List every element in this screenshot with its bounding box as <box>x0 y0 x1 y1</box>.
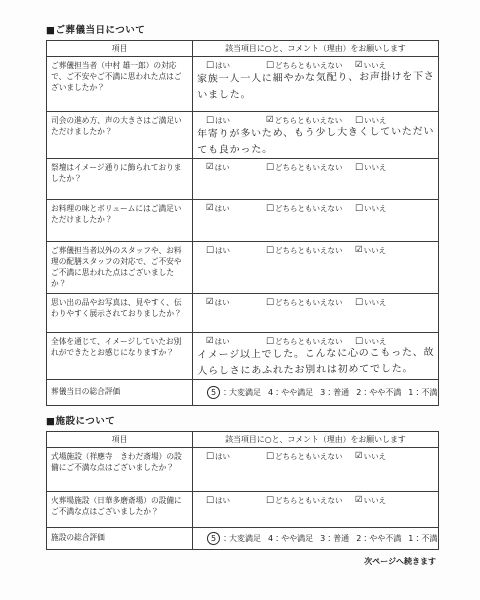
rating-option-label: ：不満 <box>413 387 437 398</box>
option-no: ☑いいえ <box>355 495 386 506</box>
question-text: 祭壇はイメージ通りに飾られておりましたか？ <box>47 159 193 200</box>
answer-cell: ☑はい □どちらともいえない □いいえ <box>193 200 439 242</box>
table-header-row: 項目 該当項目に○と、コメント（理由）をお願いします <box>47 431 439 447</box>
option-yes: □はい <box>206 495 266 506</box>
option-label: はい <box>215 60 230 71</box>
answer-cell: ☑はい □どちらともいえない □いいえ イメージ以上でした。こんなに心のこもった… <box>193 332 439 379</box>
option-yes: ☑はい <box>206 297 266 308</box>
handwritten-comment: 家族一人一人に細やかな気配り、お声掛けを下さいました。 <box>197 69 436 103</box>
rating-option-4: 4：やや満足 <box>268 387 313 398</box>
table-row: 司会の進め方、声の大きさはご満足いただけましたか？ □はい ☑どちらともいえない… <box>47 112 439 159</box>
option-label: はい <box>215 495 230 506</box>
option-label: いいえ <box>364 451 387 462</box>
option-label: どちらともいえない <box>275 495 343 506</box>
option-label: どちらともいえない <box>275 451 343 462</box>
option-label: はい <box>215 336 230 347</box>
checkbox-icon: ☑ <box>355 496 363 505</box>
checkbox-icon: ☑ <box>355 246 363 255</box>
answer-cell: □はい □どちらともいえない ☑いいえ <box>193 447 439 491</box>
section-title-funeral-day: ■ご葬儀当日について <box>46 22 438 36</box>
column-header-answer: 該当項目に○と、コメント（理由）をお願いします <box>193 431 439 447</box>
option-label: どちらともいえない <box>275 162 343 173</box>
column-header-answer: 該当項目に○と、コメント（理由）をお願いします <box>193 41 439 57</box>
answer-cell: ☑はい □どちらともいえない □いいえ <box>193 159 439 200</box>
next-page-note: 次ページへ続きます <box>46 556 438 567</box>
option-label: はい <box>215 115 230 126</box>
rating-option-label: ：やや不満 <box>361 387 401 398</box>
scanned-survey-page: { "document": { "footer_note": "次ページへ続きま… <box>0 0 480 600</box>
rating-scale: 5：大変満足 4：やや満足 3：普通 2：やや不満 1：不満 <box>193 382 438 403</box>
answer-cell: □はい ☑どちらともいえない □いいえ 年寄りが多いため、もう少し大きくしていた… <box>193 112 439 159</box>
checkbox-icon: □ <box>266 61 274 70</box>
option-no: ☑いいえ <box>355 245 386 256</box>
checkbox-icon: □ <box>355 116 363 125</box>
option-no: □いいえ <box>355 297 387 308</box>
selected-rating-circle-icon: 5 <box>207 386 220 399</box>
table-row: 祭壇はイメージ通りに飾られておりましたか？ ☑はい □どちらともいえない □いい… <box>47 159 439 200</box>
checkbox-icon: □ <box>266 496 274 505</box>
rating-option-label: ：大変満足 <box>221 387 261 398</box>
table-header-row: 項目 該当項目に○と、コメント（理由）をお願いします <box>47 41 439 57</box>
column-header-item: 項目 <box>47 41 193 57</box>
table-row: 思い出の品やお写真は、見やすく、伝わりやすく展示されておりましたか？ ☑はい □… <box>47 293 439 332</box>
table-row: お料理の味とボリュームにはご満足いただけましたか？ ☑はい □どちらともいえない… <box>47 200 439 242</box>
option-yes: ☑はい <box>206 203 266 214</box>
rating-option-1: 1：不満 <box>408 533 437 544</box>
question-text: 思い出の品やお写真は、見やすく、伝わりやすく展示されておりましたか？ <box>47 293 193 332</box>
handwritten-comment: イメージ以上でした。こんなに心のこもった、故人らしさにあふれたお別れは初めてでし… <box>197 345 436 379</box>
rating-option-3: 3：普通 <box>320 533 349 544</box>
question-text: お料理の味とボリュームにはご満足いただけましたか？ <box>47 200 193 242</box>
table-row: 火葬場施設（日華多磨斎場）の設備にご不満な点はございましたか？ □はい □どちら… <box>47 491 439 527</box>
option-yes: ☑はい <box>206 162 266 173</box>
option-group: □はい □どちらともいえない ☑いいえ <box>193 492 438 506</box>
checkbox-icon: □ <box>266 337 274 346</box>
option-yes: □はい <box>206 115 266 126</box>
table-row: ご葬儀担当者（中村 雄一郎）の対応で、ご不安やご不満に思われた点はございましたか… <box>47 57 439 112</box>
facility-table: 項目 該当項目に○と、コメント（理由）をお願いします 式場施設（祥應寺 きわだ斎… <box>46 431 439 550</box>
checkbox-icon: □ <box>266 246 274 255</box>
rating-option-3: 3：普通 <box>320 387 349 398</box>
question-text: ご葬儀担当者以外のスタッフや、お料理の配膳スタッフの対応で、ご不安やご不満に思わ… <box>47 242 193 294</box>
rating-option-label: ：やや不満 <box>361 533 401 544</box>
rating-option-4: 4：やや満足 <box>268 533 313 544</box>
checkbox-icon: ☑ <box>266 116 274 125</box>
checkbox-icon: □ <box>355 163 363 172</box>
option-label: どちらともいえない <box>275 336 343 347</box>
checkbox-icon: □ <box>266 163 274 172</box>
option-label: はい <box>215 203 230 214</box>
option-label: いいえ <box>364 297 387 308</box>
checkbox-icon: □ <box>266 452 274 461</box>
option-group: ☑はい □どちらともいえない □いいえ <box>193 294 438 308</box>
checkbox-icon: ☑ <box>355 452 363 461</box>
checkbox-icon: ☑ <box>206 204 214 213</box>
answer-cell: □はい □どちらともいえない ☑いいえ <box>193 242 439 294</box>
checkbox-icon: □ <box>206 246 214 255</box>
rating-option-2: 2：やや不満 <box>356 387 401 398</box>
option-neutral: □どちらともいえない <box>266 451 355 462</box>
option-label: いいえ <box>364 495 387 506</box>
checkbox-icon: ☑ <box>206 163 214 172</box>
checkbox-icon: ☑ <box>206 298 214 307</box>
rating-cell: 5：大変満足 4：やや満足 3：普通 2：やや不満 1：不満 <box>193 379 439 405</box>
option-label: どちらともいえない <box>275 203 343 214</box>
checkbox-icon: □ <box>355 298 363 307</box>
answer-cell: □はい □どちらともいえない ☑いいえ 家族一人一人に細やかな気配り、お声掛けを… <box>193 57 439 112</box>
option-neutral: □どちらともいえない <box>266 495 355 506</box>
rating-option-label: ：普通 <box>325 387 349 398</box>
option-label: はい <box>215 245 230 256</box>
rating-cell: 5：大変満足 4：やや満足 3：普通 2：やや不満 1：不満 <box>193 527 439 549</box>
checkbox-icon: □ <box>355 337 363 346</box>
rating-option-label: ：やや満足 <box>273 387 313 398</box>
option-label: どちらともいえない <box>275 245 343 256</box>
option-label: はい <box>215 451 230 462</box>
table-row: 式場施設（祥應寺 きわだ斎場）の設備にご不満な点はございましたか？ □はい □ど… <box>47 447 439 491</box>
question-text: ご葬儀担当者（中村 雄一郎）の対応で、ご不安やご不満に思われた点はございましたか… <box>47 57 193 112</box>
question-text: 司会の進め方、声の大きさはご満足いただけましたか？ <box>47 112 193 159</box>
rating-option-5: 5：大変満足 <box>207 386 261 399</box>
option-yes: □はい <box>206 60 266 71</box>
question-text: 全体を通じて、イメージしていたお別れができたとお感じになりますか？ <box>47 332 193 379</box>
funeral-day-table: 項目 該当項目に○と、コメント（理由）をお願いします ご葬儀担当者（中村 雄一郎… <box>46 40 439 406</box>
rating-option-1: 1：不満 <box>408 387 437 398</box>
option-neutral: □どちらともいえない <box>266 336 355 347</box>
option-label: いいえ <box>364 245 387 256</box>
table-row: 全体を通じて、イメージしていたお別れができたとお感じになりますか？ ☑はい □ど… <box>47 332 439 379</box>
rating-label: 葬儀当日の総合評価 <box>47 379 193 405</box>
checkbox-icon: □ <box>206 452 214 461</box>
rating-label: 施設の総合評価 <box>47 527 193 549</box>
option-group: □はい □どちらともいえない ☑いいえ <box>193 242 438 256</box>
handwritten-comment: 年寄りが多いため、もう少し大きくしていただいても良かった。 <box>197 124 436 158</box>
question-text: 式場施設（祥應寺 きわだ斎場）の設備にご不満な点はございましたか？ <box>47 447 193 491</box>
rating-option-2: 2：やや不満 <box>356 533 401 544</box>
checkbox-icon: □ <box>206 61 214 70</box>
option-yes: □はい <box>206 245 266 256</box>
option-neutral: □どちらともいえない <box>266 203 355 214</box>
rating-option-label: ：普通 <box>325 533 349 544</box>
option-no: □いいえ <box>355 162 387 173</box>
option-label: いいえ <box>364 162 387 173</box>
option-yes: ☑はい <box>206 336 266 347</box>
selected-rating-circle-icon: 5 <box>207 532 220 545</box>
checkbox-icon: □ <box>355 204 363 213</box>
table-row: ご葬儀担当者以外のスタッフや、お料理の配膳スタッフの対応で、ご不安やご不満に思わ… <box>47 242 439 294</box>
option-group: ☑はい □どちらともいえない □いいえ <box>193 200 438 214</box>
checkbox-icon: □ <box>266 298 274 307</box>
option-neutral: □どちらともいえない <box>266 297 355 308</box>
rating-option-5: 5：大変満足 <box>207 532 261 545</box>
checkbox-icon: □ <box>206 116 214 125</box>
checkbox-icon: ☑ <box>206 337 214 346</box>
option-yes: □はい <box>206 451 266 462</box>
checkbox-icon: □ <box>206 496 214 505</box>
rating-row: 葬儀当日の総合評価 5：大変満足 4：やや満足 3：普通 2：やや不満 1：不満 <box>47 379 439 405</box>
rating-option-label: ：不満 <box>413 533 437 544</box>
option-label: はい <box>215 297 230 308</box>
option-label: いいえ <box>364 203 387 214</box>
option-group: □はい □どちらともいえない ☑いいえ <box>193 448 438 462</box>
option-neutral: □どちらともいえない <box>266 162 355 173</box>
answer-cell: □はい □どちらともいえない ☑いいえ <box>193 491 439 527</box>
option-label: はい <box>215 162 230 173</box>
answer-cell: ☑はい □どちらともいえない □いいえ <box>193 293 439 332</box>
rating-scale: 5：大変満足 4：やや満足 3：普通 2：やや不満 1：不満 <box>193 528 438 549</box>
question-text: 火葬場施設（日華多磨斎場）の設備にご不満な点はございましたか？ <box>47 491 193 527</box>
option-no: □いいえ <box>355 203 387 214</box>
option-no: ☑いいえ <box>355 451 386 462</box>
rating-option-label: ：やや満足 <box>273 533 313 544</box>
rating-option-label: ：大変満足 <box>221 533 261 544</box>
checkbox-icon: □ <box>266 204 274 213</box>
survey-sheet: ■ご葬儀当日について 項目 該当項目に○と、コメント（理由）をお願いします ご葬… <box>46 22 438 567</box>
column-header-item: 項目 <box>47 431 193 447</box>
checkbox-icon: ☑ <box>355 61 363 70</box>
option-label: どちらともいえない <box>275 297 343 308</box>
option-group: ☑はい □どちらともいえない □いいえ <box>193 159 438 173</box>
section-title-facility: ■施設について <box>46 413 438 427</box>
rating-row: 施設の総合評価 5：大変満足 4：やや満足 3：普通 2：やや不満 1：不満 <box>47 527 439 549</box>
option-neutral: □どちらともいえない <box>266 245 355 256</box>
